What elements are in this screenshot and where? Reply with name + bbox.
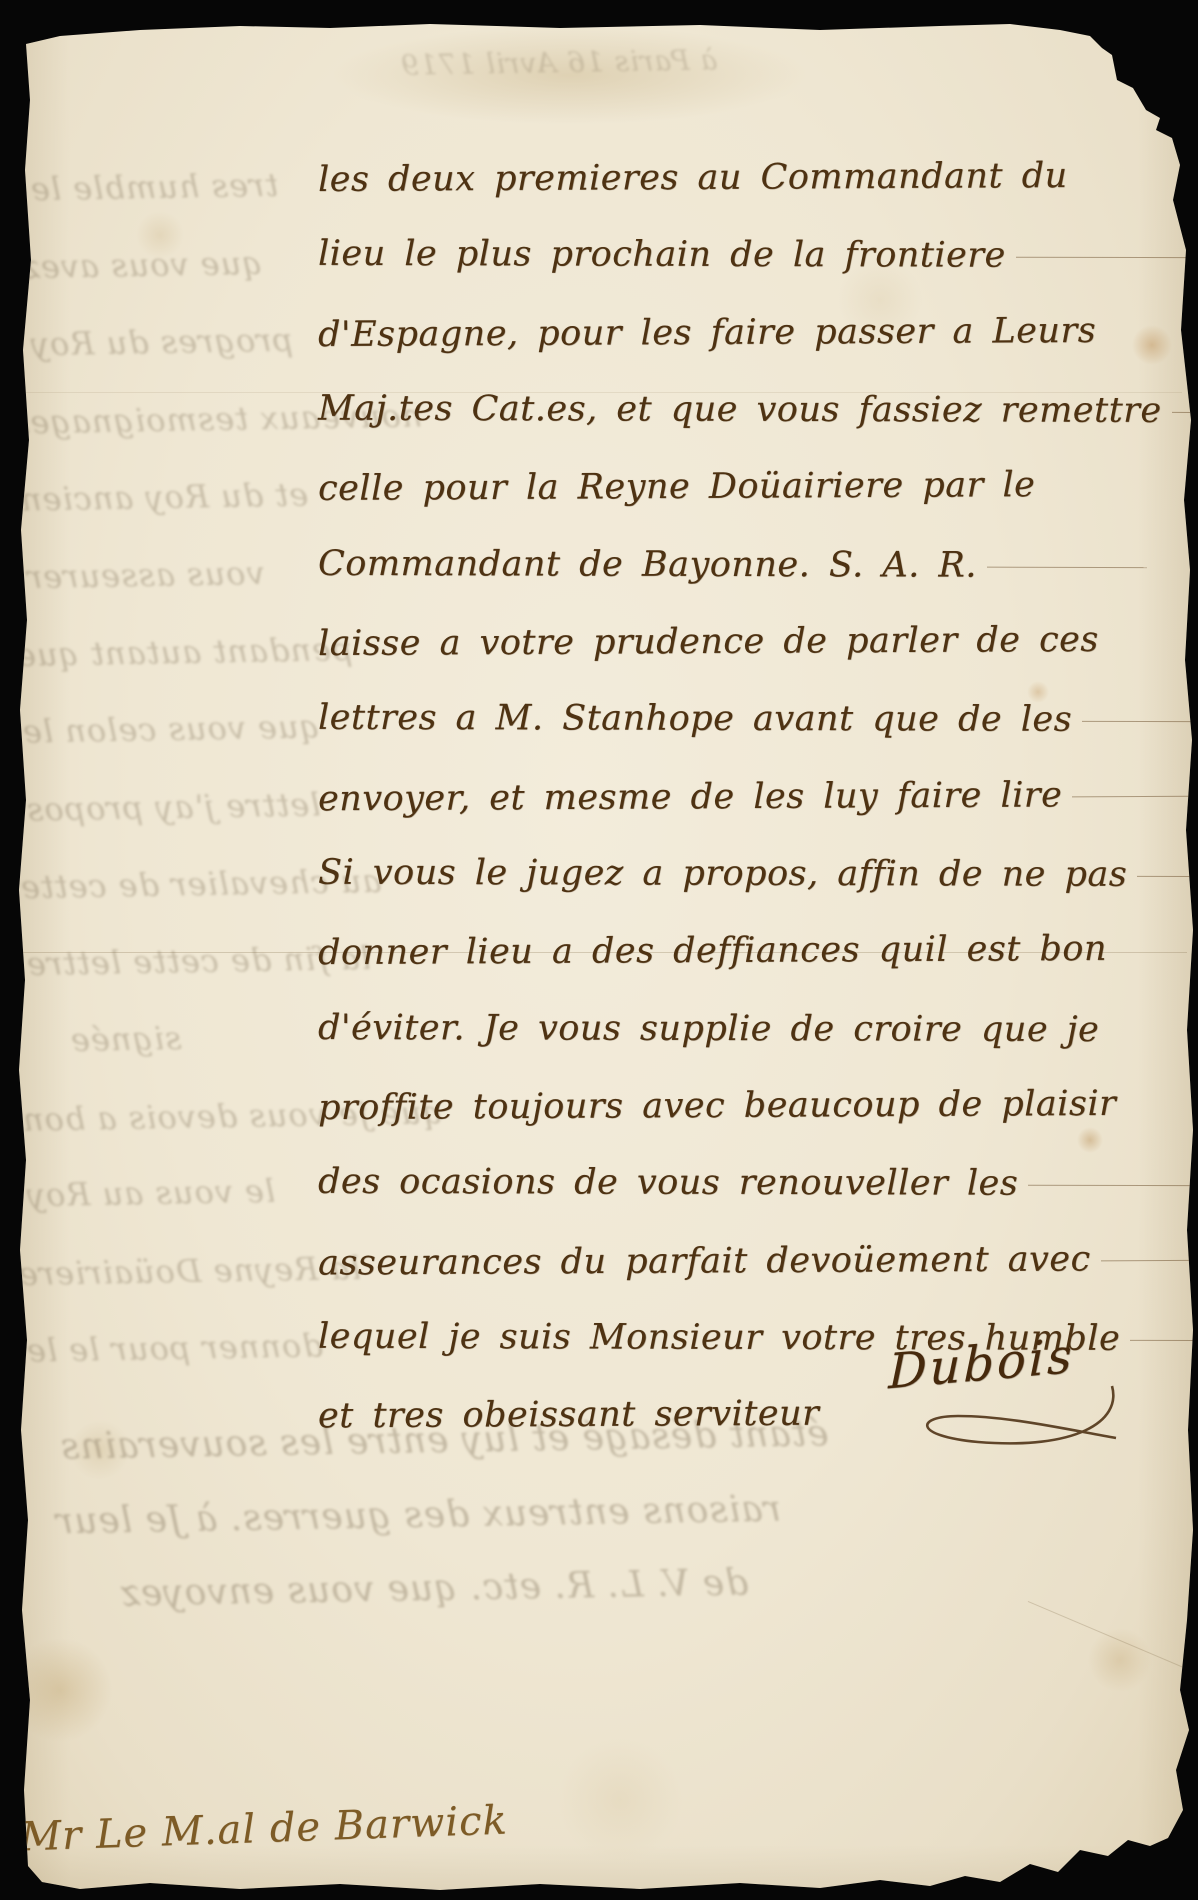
letter-line: laisse a votre prudence de parler de ces xyxy=(318,620,1099,664)
bleedthrough-fragment: vous asseurer xyxy=(26,554,265,596)
bleedthrough-fragment: pendant autant que xyxy=(16,630,353,674)
letter-line: asseurances du parfait devoüement avec xyxy=(318,1239,1198,1284)
bleedthrough-fragment: tres humble le xyxy=(30,166,279,208)
letter-line: Maj.tes Cat.es, et que vous fassiez reme… xyxy=(318,389,1198,432)
letter-line: lieu le plus prochain de la frontiere xyxy=(318,234,1186,276)
paper-sheet: à Paris 16 Avril 1719 tres humble le que… xyxy=(0,0,1198,1900)
bleedthrough-fragment: progres du Roy xyxy=(30,321,294,364)
docket-addressee: Mr Le M.al de Barwick xyxy=(19,1798,508,1861)
bleedthrough-fragment: à Paris 16 Avril 1719 xyxy=(400,43,718,82)
letter-line: Commandant de Bayonne. S. A. R. xyxy=(318,544,1147,586)
bleedthrough-fragment: raisons entreux des guerres. à Je leur xyxy=(55,1489,782,1543)
letter-line: lettres a M. Stanhope avant que de les xyxy=(318,698,1198,740)
letter-line: d'Espagne, pour les faire passer a Leurs xyxy=(318,311,1096,355)
letter-line: Si vous le jugez a propos, affin de ne p… xyxy=(318,853,1198,896)
fold-crease xyxy=(1028,1601,1198,1680)
letter-line: proffite toujours avec beaucoup de plais… xyxy=(318,1084,1117,1128)
bleedthrough-fragment: donner pour le le xyxy=(26,1326,323,1369)
scanned-letter-page: à Paris 16 Avril 1719 tres humble le que… xyxy=(0,0,1198,1900)
letter-line: donner lieu a des deffiances quil est bo… xyxy=(318,929,1107,973)
bleedthrough-fragment: signée xyxy=(70,1019,182,1059)
letter-line: envoyer, et mesme de les luy faire lire xyxy=(318,775,1193,820)
letter-line: les deux premieres au Commandant du xyxy=(318,156,1068,200)
letter-line: celle pour la Reyne Doüairiere par le xyxy=(318,465,1035,509)
letter-line: d'éviter. Je vous supplie de croire que … xyxy=(318,1008,1099,1050)
bleedthrough-fragment: de V. L. R. etc. que vous envoyez xyxy=(120,1563,749,1615)
signature-flourish xyxy=(730,1380,1130,1480)
bleedthrough-fragment: la Reyne Doüairiere xyxy=(18,1249,361,1293)
letter-line: des ocasions de vous renouveller les xyxy=(318,1162,1198,1204)
bleedthrough-fragment: que vous celon le xyxy=(22,707,321,750)
bleedthrough-fragment: lettre j'ay propos xyxy=(26,785,321,828)
bleedthrough-fragment: le vous au Roy xyxy=(26,1172,276,1214)
bleedthrough-fragment: et du Roy ancien xyxy=(20,475,309,518)
bleedthrough-fragment: que vous avez xyxy=(22,244,263,286)
